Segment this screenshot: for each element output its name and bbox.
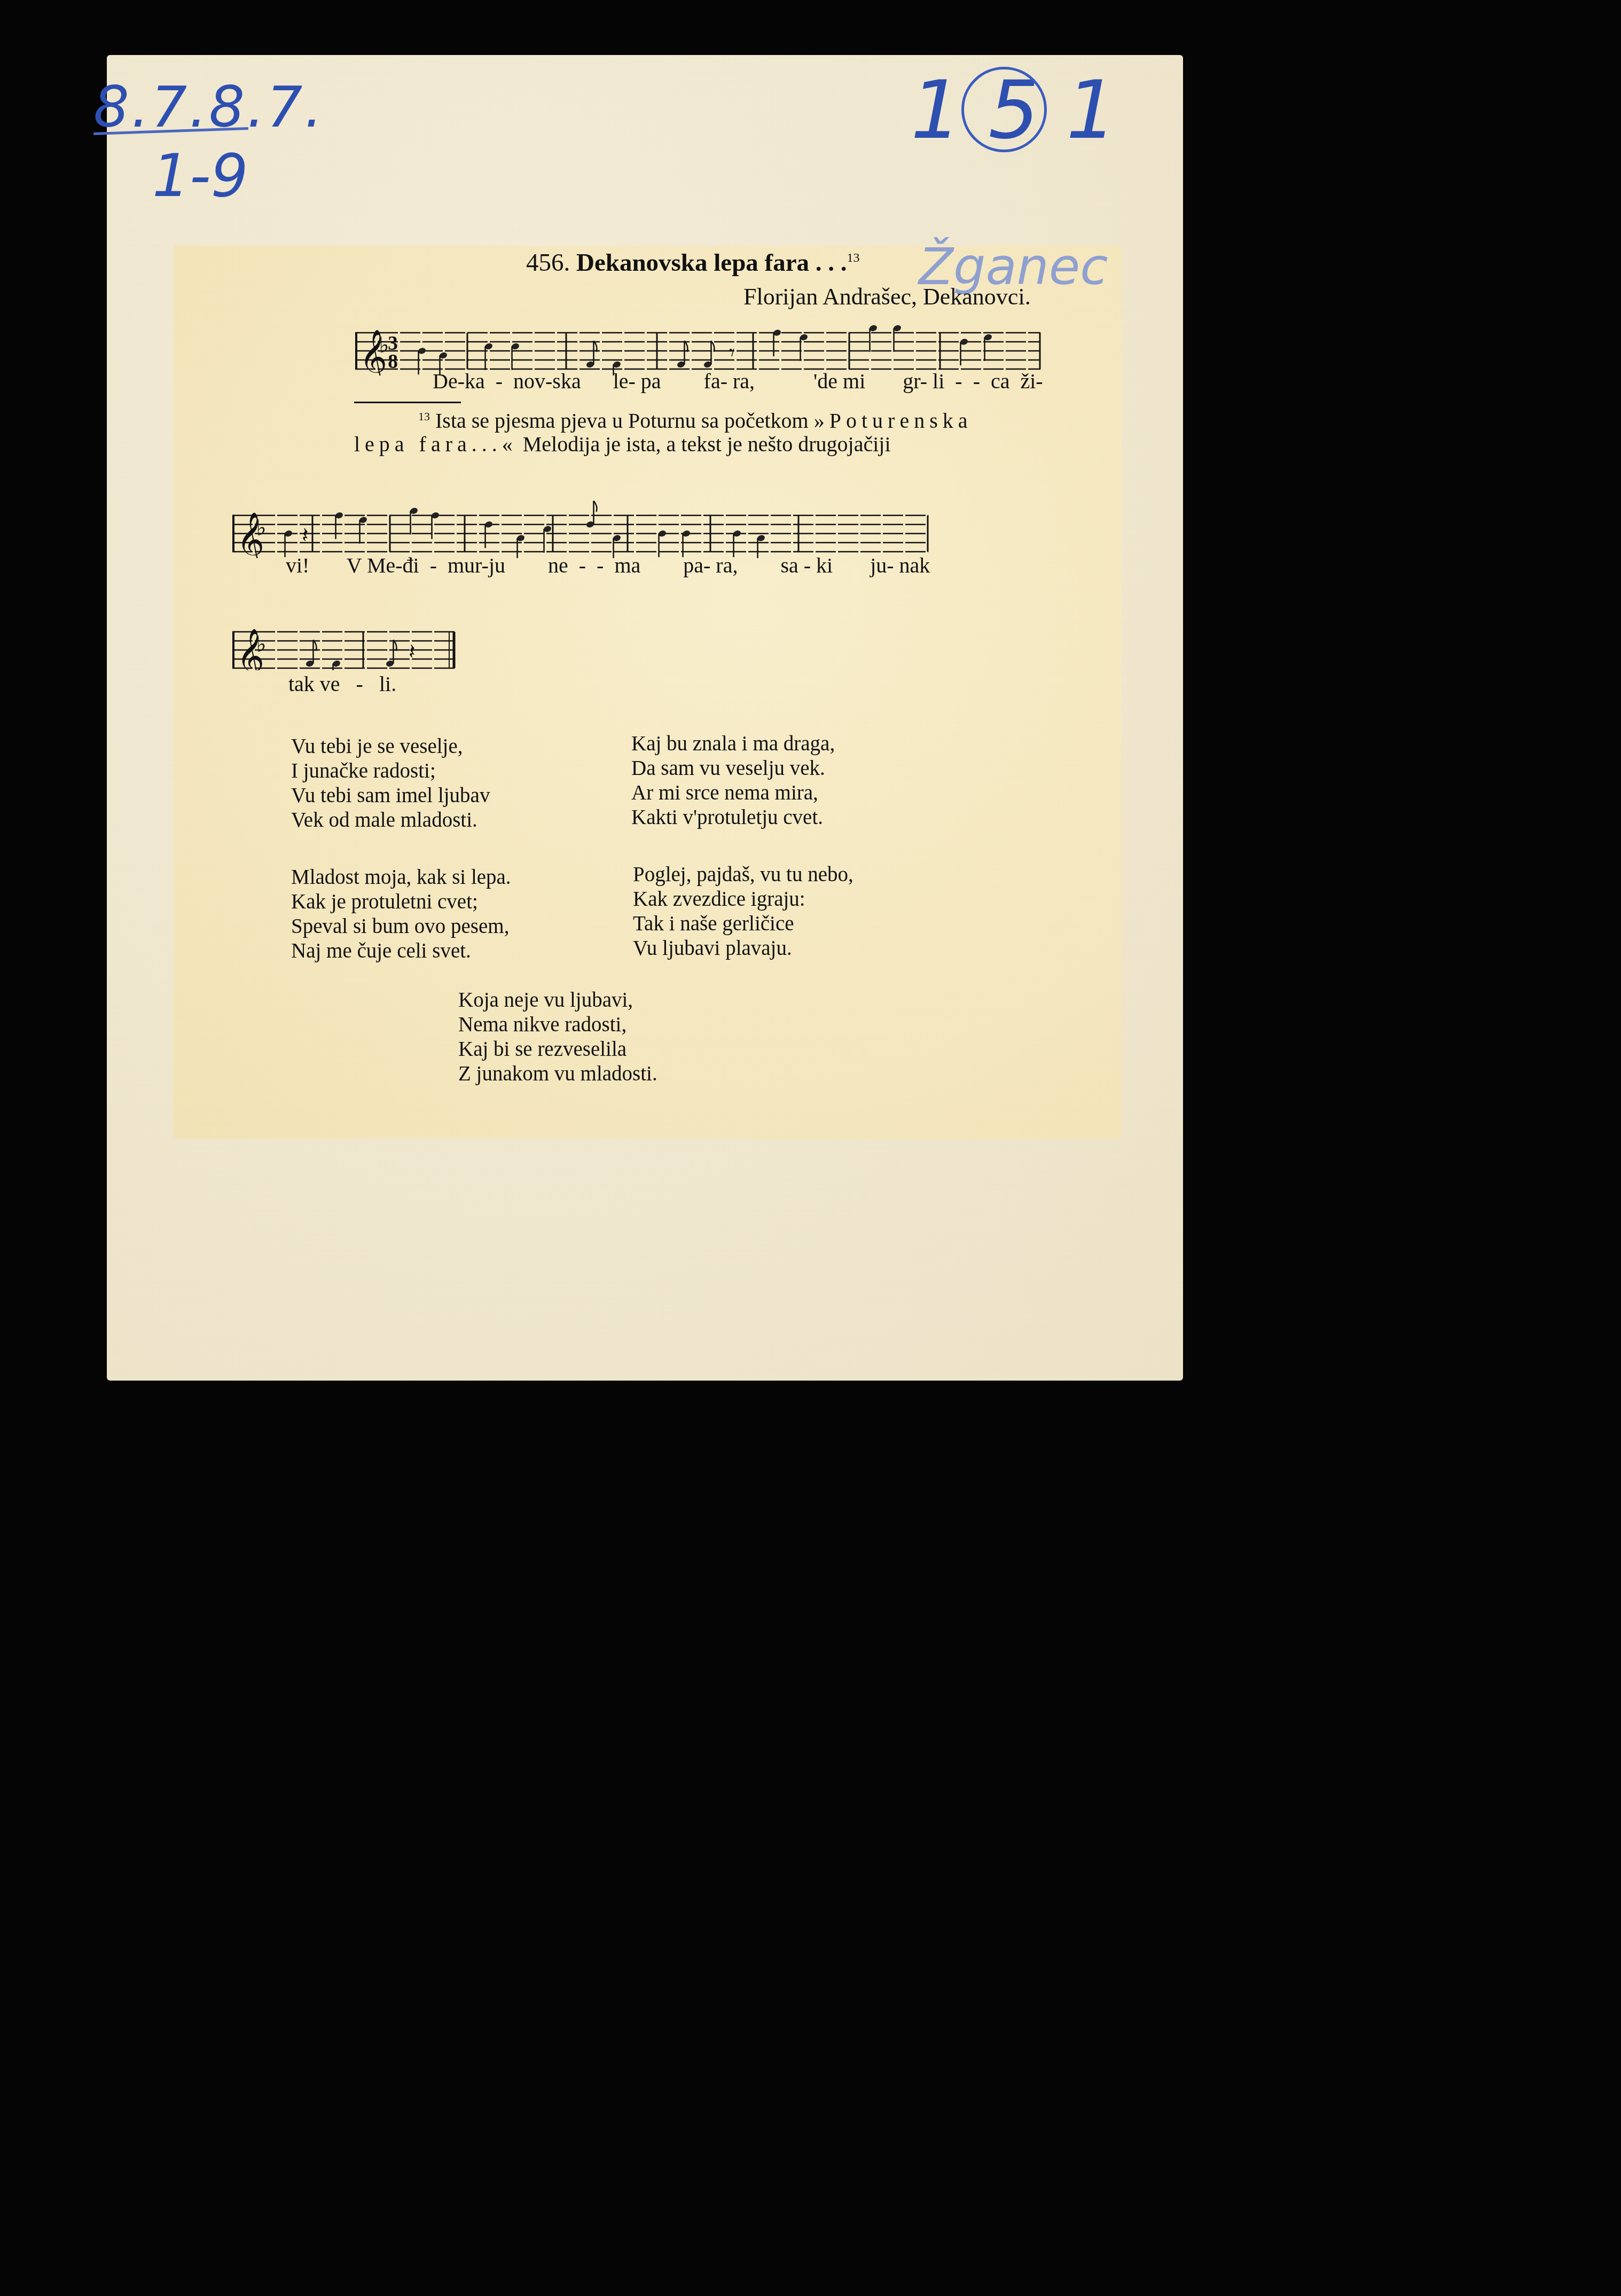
handwritten-range: 1-9 (152, 142, 248, 210)
staff-notation-icon: 𝄞♭𝄽 (232, 499, 929, 558)
svg-text:𝄽: 𝄽 (409, 639, 415, 664)
svg-text:♭: ♭ (256, 515, 266, 540)
music-staff-1: 𝄞♭38𝄾 (355, 319, 1041, 375)
music-staff-3: 𝄞♭𝄽 (232, 622, 457, 670)
footnote-marker: 13 (418, 410, 430, 423)
stanza-4: Poglej, pajdaš, vu tu nebo, Kak zvezdice… (633, 863, 853, 961)
song-number: 456. (526, 249, 570, 277)
stanza-1: Vu tebi je se veselje, I junačke radosti… (291, 734, 490, 833)
stanza-5: Koja neje vu ljubavi, Nema nikve radosti… (458, 988, 657, 1086)
lyrics-line-2: vi! V Me-đi - mur-ju ne - - ma pa- ra, s… (286, 553, 930, 578)
archive-number-prefix: 1 (911, 64, 967, 157)
music-staff-2: 𝄞♭𝄽 (232, 499, 929, 558)
archive-number-suffix: 1 (1066, 64, 1122, 157)
song-title: 456. Dekanovska lepa fara . . .13 (526, 248, 860, 277)
circle-mark-icon (961, 67, 1047, 152)
informant: Florijan Andrašec, Dekanovci. (743, 283, 1031, 310)
footnote-spaced-2: lepa fara...« (354, 432, 518, 456)
svg-text:𝄽: 𝄽 (302, 522, 308, 548)
svg-text:𝄾: 𝄾 (729, 340, 735, 365)
footnote-spaced-1: »Poturenska (814, 409, 973, 433)
footnote: 13 Ista se pjesma pjeva u Poturnu sa poč… (354, 405, 1059, 456)
footnote-divider (354, 402, 461, 403)
staff-notation-icon: 𝄞♭𝄽 (232, 622, 457, 670)
svg-text:8: 8 (388, 351, 398, 373)
footnote-text-1: Ista se pjesma pjeva u Poturnu sa početk… (435, 409, 814, 433)
svg-text:♭: ♭ (256, 631, 266, 657)
footnote-reference: 13 (847, 251, 860, 265)
footnote-text-2: Melodija je ista, a tekst je nešto drugo… (518, 432, 891, 456)
song-title-text: Dekanovska lepa fara . . . (576, 249, 847, 277)
stanza-2: Kaj bu znala i ma draga, Da sam vu vesel… (631, 732, 835, 830)
lyrics-line-1: De-ka - nov-ska le- pa fa- ra, 'de mi gr… (433, 369, 1043, 394)
staff-notation-icon: 𝄞♭38𝄾 (355, 319, 1041, 375)
stanza-3: Mladost moja, kak si lepa. Kak je protul… (291, 865, 511, 963)
lyrics-line-3: tak ve - li. (288, 671, 396, 696)
